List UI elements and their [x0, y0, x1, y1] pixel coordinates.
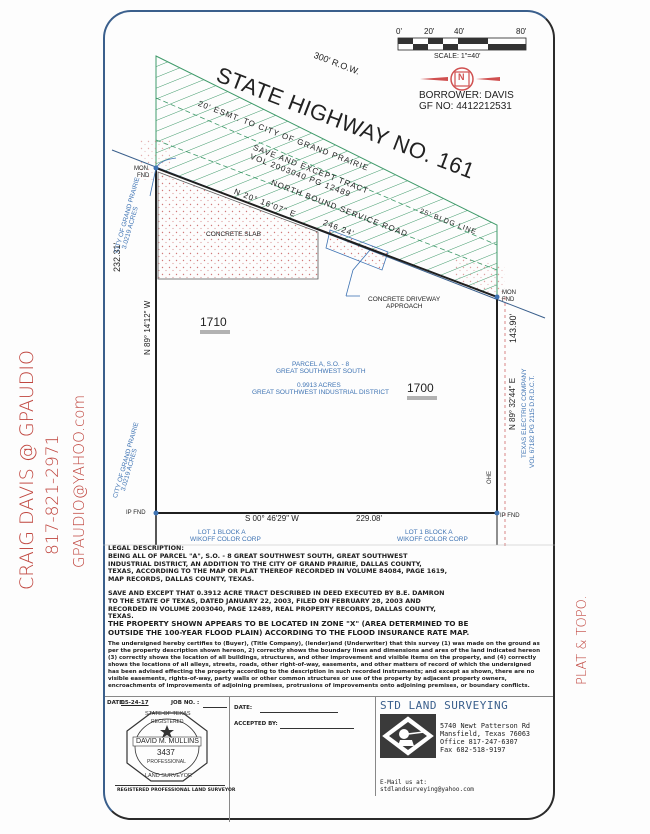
company-address-2: Mansfield, Texas 76063 [440, 730, 530, 738]
title-block: DATE: 05-24-17 JOB NO. : STATE OF TEXAS … [105, 696, 553, 822]
east-adj-owner-2: VOL 67182 PG 2115 D.R.D.C.T. [529, 376, 536, 469]
email-label: E-Mail us at: [380, 779, 427, 786]
east-distance: 143.90' [508, 314, 518, 343]
south-adj-lot-1: LOT 1 BLOCK A [198, 529, 246, 536]
south-adj-owner-1: WIKOFF COLOR CORP [190, 536, 261, 543]
driveway-label-1: CONCRETE DRIVEWAY [368, 296, 440, 303]
south-adj-lot-2: LOT 1 BLOCK A [405, 529, 453, 536]
certification-text: The undersigned hereby certifies to (Buy… [108, 641, 543, 690]
company-address-1: 5740 Newt Patterson Rd [440, 722, 530, 730]
surveyor-seal-cell: DATE: 05-24-17 JOB NO. : STATE OF TEXAS … [105, 696, 230, 822]
scale-tick-20: 20' [424, 27, 434, 36]
legal-body: BEING ALL OF PARCEL "A", S.O. - 8 GREAT … [108, 553, 448, 584]
driveway-label-2: APPROACH [386, 303, 422, 310]
handwritten-phone: 817-821-2971 [43, 435, 63, 555]
south-distance: 229.08' [356, 514, 382, 523]
flood-zone-text: THE PROPERTY SHOWN APPEARS TO BE LOCATED… [108, 620, 483, 638]
mon-fnd-ne-1: MON [502, 290, 516, 296]
company-email[interactable]: stdlandsurveying@yahoo.com [380, 786, 474, 793]
handwritten-email: GPAUDIO@YAHOO.com [70, 395, 88, 568]
company-cell: STD LAND SURVEYING 5740 Newt Patterson R… [375, 696, 553, 796]
scale-tick-40: 40' [454, 27, 464, 36]
legal-description: LEGAL DESCRIPTION: BEING ALL OF PARCEL "… [108, 545, 548, 584]
seal-number: 3437 [157, 748, 175, 757]
scale-tick-0: 0' [396, 27, 402, 36]
ip-fnd-sw: IP FND [126, 510, 146, 516]
seal-registered: REGISTERED [151, 719, 184, 725]
seal-state: STATE OF TEXAS [145, 711, 191, 717]
seal-name: DAVID M. MULLINS [136, 738, 199, 745]
company-fax: Fax 682-518-9197 [440, 746, 505, 754]
south-bearing: S 00° 46'29" W [245, 514, 299, 523]
handwritten-plat-topo: PLAT & TOPO. [575, 596, 590, 685]
company-name: STD LAND SURVEYING [380, 699, 508, 712]
address-1710: 1710 [200, 315, 227, 329]
save-except-text: SAVE AND EXCEPT THAT 0.3912 ACRE TRACT D… [108, 590, 453, 621]
handwritten-name: CRAIG DAVIS @ GPAUDIO [16, 350, 38, 590]
borrower-label: BORROWER: DAVIS [419, 90, 514, 101]
accepted-by-label: ACCEPTED BY: [234, 721, 278, 727]
survey-plat-page: 0' 20' 40' 80' SCALE: 1"=40' N BORROWER:… [0, 0, 650, 834]
accept-date-label: DATE: [234, 705, 252, 711]
ip-fnd-se: IP FND [500, 513, 520, 519]
scale-bar [398, 38, 526, 50]
seal-land-surveyor: LAND SURVEYOR [145, 773, 192, 779]
date-value: 05-24-17 [121, 700, 149, 706]
acceptance-cell: DATE: ACCEPTED BY: [230, 696, 375, 796]
company-logo [380, 714, 436, 758]
company-office-phone: Office 817-247-6307 [440, 738, 518, 746]
scale-label: SCALE: 1"=40' [434, 53, 480, 60]
parcel-acres: 0.9913 ACRES [297, 382, 341, 389]
surveyor-caption: REGISTERED PROFESSIONAL LAND SURVEYOR [117, 788, 235, 793]
parcel-district: GREAT SOUTHWEST INDUSTRIAL DISTRICT [252, 389, 389, 396]
south-adj-owner-2: WIKOFF COLOR CORP [397, 536, 468, 543]
north-symbol: N [458, 72, 465, 82]
east-adj-owner-1: TEXAS ELECTRIC COMPANY [521, 369, 528, 458]
ohe-label: OHE [487, 471, 493, 484]
east-bearing: N 89° 32'44" E [508, 378, 517, 430]
mon-fnd-ne-2: FND [502, 297, 514, 303]
parcel-subdivision: GREAT SOUTHWEST SOUTH [276, 368, 366, 375]
address-1700: 1700 [407, 381, 434, 395]
seal-professional: PROFESSIONAL [147, 759, 186, 765]
parcel-name: PARCEL A, S.O. - 8 [292, 361, 349, 368]
west-bearing: N 89° 14'12" W [143, 301, 152, 355]
gf-number: GF NO: 4412212531 [419, 101, 512, 112]
mon-fnd-nw-1: MON [134, 166, 148, 172]
job-number-label: JOB NO. : [171, 700, 199, 706]
concrete-slab-label: CONCRETE SLAB [206, 231, 261, 238]
scale-tick-80: 80' [516, 27, 526, 36]
